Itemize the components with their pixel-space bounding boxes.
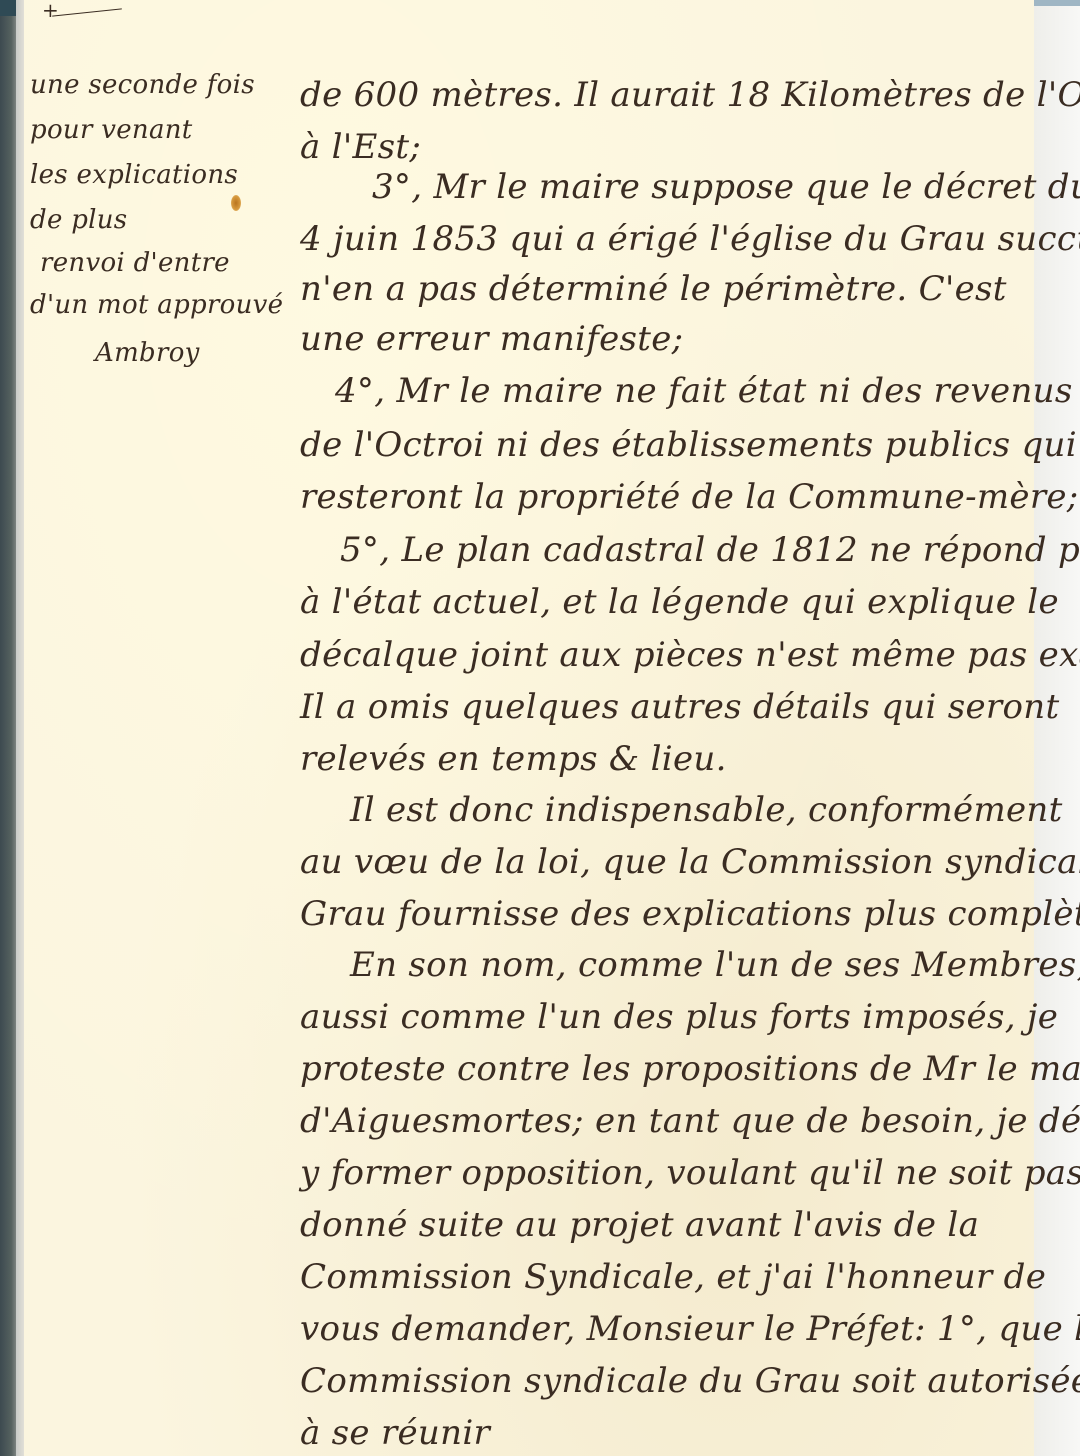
binding-edge	[0, 0, 16, 1456]
body-line: décalque joint aux pièces n'est même pas…	[300, 638, 1080, 672]
body-line: 5°, Le plan cadastral de 1812 ne répond …	[340, 533, 1080, 567]
insertion-mark: +	[42, 0, 59, 22]
body-line: à l'état actuel, et la légende qui expli…	[300, 585, 1059, 619]
ink-stain	[231, 195, 241, 211]
body-line: relevés en temps & lieu.	[300, 742, 727, 776]
body-line: une erreur manifeste;	[300, 322, 683, 356]
body-line: Il est donc indispensable, conformément	[350, 793, 1063, 827]
body-line: à se réunir	[300, 1416, 490, 1450]
margin-line: de plus	[30, 205, 127, 235]
body-line: de 600 mètres. Il aurait 18 Kilomètres d…	[300, 78, 1080, 112]
page-right-edge-top	[1034, 0, 1080, 6]
body-line: Grau fournisse des explications plus com…	[300, 897, 1080, 931]
body-line: 3°, Mr le maire suppose que le décret du	[372, 170, 1080, 204]
body-line: Il a omis quelques autres détails qui se…	[300, 690, 1059, 724]
body-line: En son nom, comme l'un de ses Membres, e…	[350, 948, 1080, 982]
margin-line: d'un mot approuvé	[30, 290, 283, 320]
scanned-document: + une seconde fois pour venant les expli…	[0, 0, 1080, 1456]
margin-line: pour venant	[30, 115, 193, 145]
margin-line: les explications	[30, 160, 238, 190]
body-line: de l'Octroi ni des établissements public…	[300, 428, 1077, 462]
body-line: d'Aiguesmortes; en tant que de besoin, j…	[300, 1104, 1080, 1138]
body-line: 4 juin 1853 qui a érigé l'église du Grau…	[300, 222, 1080, 256]
body-line: 4°, Mr le maire ne fait état ni des reve…	[335, 374, 1073, 408]
margin-signature: Ambroy	[95, 338, 200, 368]
body-line: proteste contre les propositions de Mr l…	[300, 1052, 1080, 1086]
body-line: aussi comme l'un des plus forts imposés,…	[300, 1000, 1058, 1034]
body-line: Commission syndicale du Grau soit autori…	[300, 1364, 1080, 1398]
body-line: resteront la propriété de la Commune-mèr…	[300, 480, 1079, 514]
body-line: Commission Syndicale, et j'ai l'honneur …	[300, 1260, 1046, 1294]
margin-line: une seconde fois	[30, 70, 255, 100]
body-line: à l'Est;	[300, 130, 421, 164]
margin-line: renvoi d'entre	[40, 248, 230, 278]
body-line: au vœu de la loi, que la Commission synd…	[300, 845, 1080, 879]
body-line: donné suite au projet avant l'avis de la	[300, 1208, 979, 1242]
body-line: y former opposition, voulant qu'il ne so…	[300, 1156, 1080, 1190]
body-line: vous demander, Monsieur le Préfet: 1°, q…	[300, 1312, 1080, 1346]
body-line: n'en a pas déterminé le périmètre. C'est	[300, 272, 1007, 306]
